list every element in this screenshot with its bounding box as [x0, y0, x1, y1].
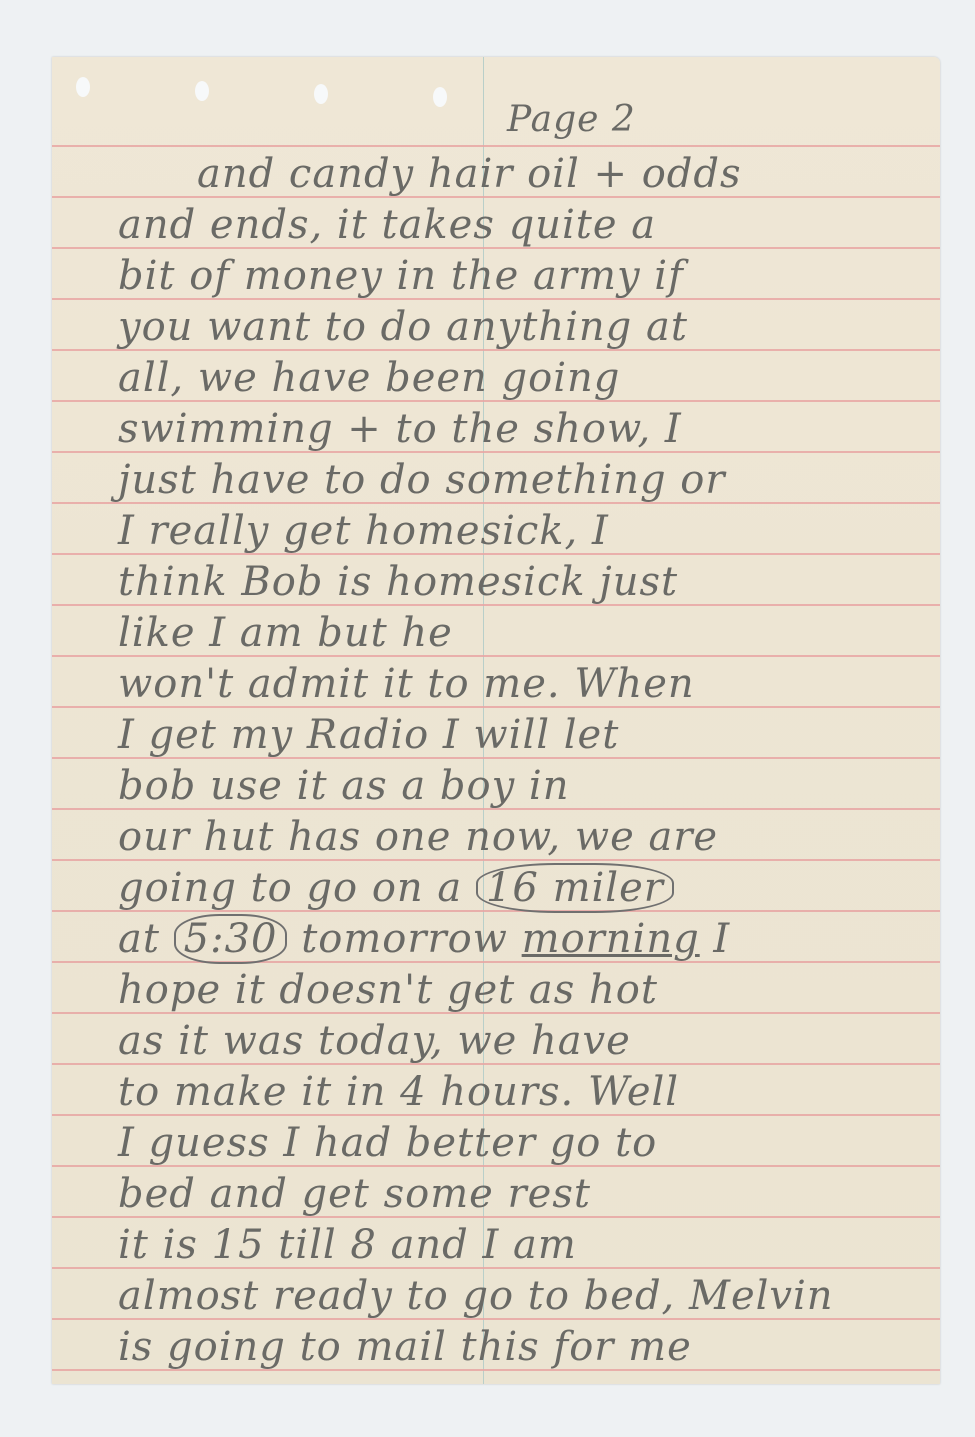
text-line: won't admit it to me. When — [118, 661, 898, 707]
circled-annotation: 16 miler — [476, 863, 674, 913]
page-label: Page 2 — [507, 99, 636, 140]
text-line: bob use it as a boy in — [118, 763, 898, 809]
letter-page: Page 2 and candy hair oil + odds and end… — [52, 57, 940, 1384]
ruled-line — [52, 145, 940, 147]
text-line: swimming + to the show, I — [118, 406, 898, 452]
text-line: as it was today, we have — [118, 1018, 898, 1064]
text-line: you want to do anything at — [118, 304, 898, 350]
punch-hole — [314, 84, 328, 104]
text-line: bed and get some rest — [118, 1171, 898, 1217]
circled-annotation: 5:30 — [174, 914, 288, 964]
text-line: hope it doesn't get as hot — [118, 967, 898, 1013]
punch-hole — [76, 77, 90, 97]
underlined-word: morning — [522, 916, 700, 962]
text-line: is going to mail this for me — [118, 1324, 898, 1370]
text-line: to make it in 4 hours. Well — [118, 1069, 898, 1115]
text-line: bit of money in the army if — [118, 253, 898, 299]
text-line: almost ready to go to bed, Melvin — [118, 1273, 898, 1319]
text-line: our hut has one now, we are — [118, 814, 898, 860]
text-line: I really get homesick, I — [118, 508, 898, 554]
punch-hole — [195, 81, 209, 101]
text-line: going to go on a 16 miler — [118, 865, 898, 911]
text-line: think Bob is homesick just — [118, 559, 898, 605]
text-line: at 5:30 tomorrow morning I — [118, 916, 898, 962]
text-line: I get my Radio I will let — [118, 712, 898, 758]
text-line: all, we have been going — [118, 355, 898, 401]
text-segment: at — [118, 916, 160, 962]
text-line: like I am but he — [118, 610, 898, 656]
text-line: and candy hair oil + odds — [197, 151, 940, 197]
text-segment: I — [713, 916, 730, 962]
text-line: it is 15 till 8 and I am — [118, 1222, 898, 1268]
text-segment: tomorrow — [301, 916, 508, 962]
punch-hole — [433, 87, 447, 107]
text-line: and ends, it takes quite a — [118, 202, 898, 248]
text-line: I guess I had better go to — [118, 1120, 898, 1166]
text-line: just have to do something or — [118, 457, 898, 503]
text-segment: going to go on a — [118, 865, 462, 911]
